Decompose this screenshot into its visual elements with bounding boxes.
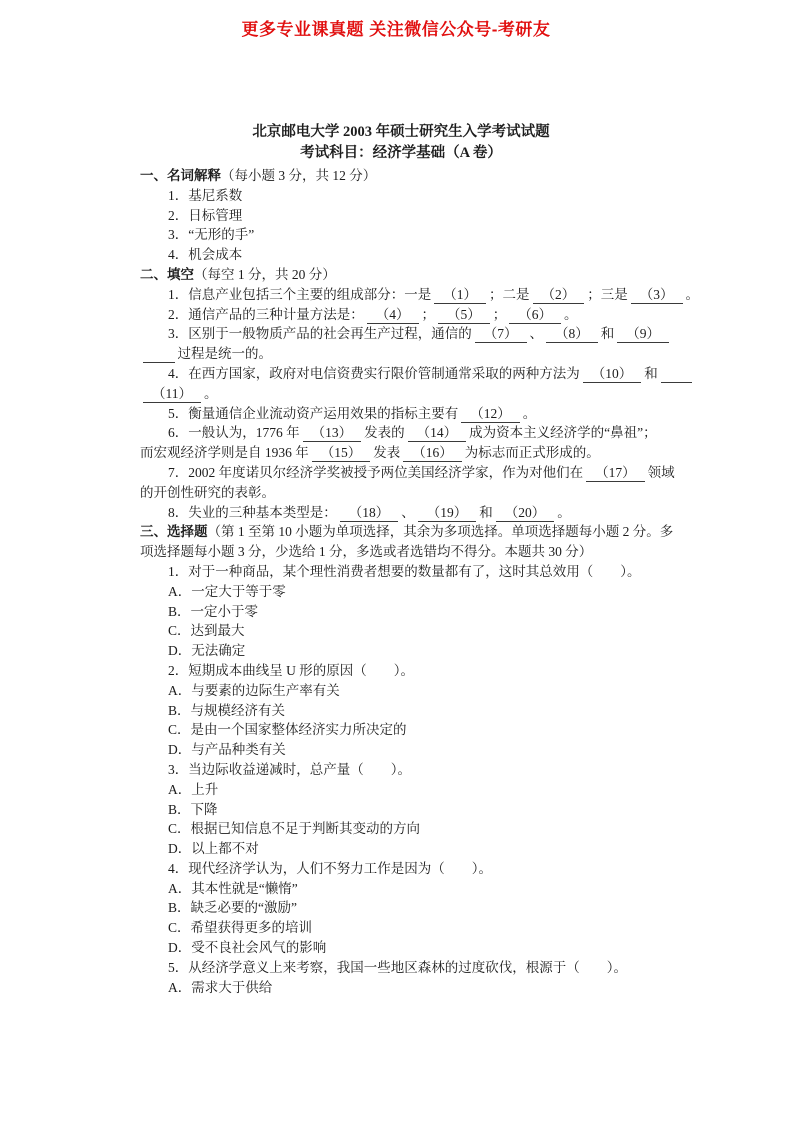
text-segment: 项选择题每小题 3 分，少选给 1 分，多选或者选错均不得分。本题共 30 分） bbox=[140, 544, 592, 559]
text-segment: 4．现代经济学认为，人们不努力工作是因为（ ）。 bbox=[168, 861, 492, 876]
fill-blank-segment: （15） bbox=[312, 444, 371, 462]
text-segment: 3．当边际收益递减时，总产量（ ）。 bbox=[168, 762, 411, 777]
text-segment: ；二是 bbox=[489, 287, 530, 302]
text-segment: 领域 bbox=[648, 465, 675, 480]
text-segment: B．一定小于零 bbox=[168, 604, 258, 619]
text-segment: D．无法确定 bbox=[168, 643, 245, 658]
doc-line: 4．现代经济学认为，人们不努力工作是因为（ ）。 bbox=[140, 859, 662, 879]
doc-line: C．达到最大 bbox=[140, 621, 662, 641]
text-segment: C．达到最大 bbox=[168, 623, 245, 638]
fill-blank-segment: （10） bbox=[583, 365, 642, 383]
fill-blank-segment: （2） bbox=[533, 286, 585, 304]
text-segment: 成为资本主义经济学的“鼻祖”； bbox=[469, 425, 656, 440]
exam-title: 北京邮电大学 2003 年硕士研究生入学考试试题 bbox=[140, 122, 662, 143]
text-segment: 4．机会成本 bbox=[168, 247, 242, 262]
doc-line: A．其本性就是“懒惰” bbox=[140, 879, 662, 899]
doc-line: C．根据已知信息不足于判断其变动的方向 bbox=[140, 819, 662, 839]
fill-blank-segment: （11） bbox=[143, 385, 201, 403]
fill-blank-segment: （19） bbox=[418, 504, 477, 522]
doc-line: 4．在西方国家，政府对电信资费实行限价管制通常采取的两种方法为（10）和 bbox=[140, 364, 662, 384]
doc-line: D．受不良社会风气的影响 bbox=[140, 938, 662, 958]
doc-line: D．无法确定 bbox=[140, 641, 662, 661]
doc-line: D．以上都不对 bbox=[140, 839, 662, 859]
doc-line: B．一定小于零 bbox=[140, 602, 662, 622]
exam-subject-subtitle: 考试科目：经济学基础（A 卷） bbox=[140, 143, 662, 164]
text-segment: C．希望获得更多的培训 bbox=[168, 920, 312, 935]
doc-line: 7．2002 年度诺贝尔经济学奖被授予两位美国经济学家，作为对他们在（17）领域 bbox=[140, 463, 662, 483]
fill-blank-segment: （17） bbox=[586, 464, 645, 482]
text-segment: 8．失业的三种基本类型是： bbox=[168, 505, 337, 520]
text-segment: 1．信息产业包括三个主要的组成部分：一是 bbox=[168, 287, 431, 302]
fill-blank-segment: （3） bbox=[631, 286, 683, 304]
text-segment: A．上升 bbox=[168, 782, 218, 797]
fill-blank-segment bbox=[661, 365, 693, 383]
text-segment: 的开创性研究的表彰。 bbox=[140, 485, 275, 500]
doc-line: 3．当边际收益递减时，总产量（ ）。 bbox=[140, 760, 662, 780]
text-segment: D．与产品种类有关 bbox=[168, 742, 286, 757]
fill-blank-segment: （9） bbox=[617, 325, 669, 343]
doc-line: 一、名词解释（每小题 3 分，共 12 分） bbox=[140, 166, 662, 186]
text-segment: B．与规模经济有关 bbox=[168, 703, 285, 718]
text-segment: ； bbox=[422, 307, 436, 322]
fill-blank-segment: （8） bbox=[546, 325, 598, 343]
doc-line: 三、选择题（第 1 至第 10 小题为单项选择，其余为多项选择。单项选择题每小题… bbox=[140, 522, 662, 542]
text-segment: 、 bbox=[401, 505, 415, 520]
text-segment: 1．基尼系数 bbox=[168, 188, 242, 203]
doc-line: 6．一般认为，1776 年（13）发表的（14）成为资本主义经济学的“鼻祖”； bbox=[140, 423, 662, 443]
text-segment: 4．在西方国家，政府对电信资费实行限价管制通常采取的两种方法为 bbox=[168, 366, 580, 381]
fill-blank-segment: （16） bbox=[403, 444, 462, 462]
text-segment: 5．衡量通信企业流动资产运用效果的指标主要有 bbox=[168, 406, 458, 421]
text-segment: （第 1 至第 10 小题为单项选择，其余为多项选择。单项选择题每小题 2 分。… bbox=[208, 524, 674, 539]
fill-blank-segment: （7） bbox=[475, 325, 527, 343]
doc-line: A．一定大于等于零 bbox=[140, 582, 662, 602]
text-segment: ； bbox=[493, 307, 507, 322]
doc-line: A．上升 bbox=[140, 780, 662, 800]
text-segment: 而宏观经济学则是自 1936 年 bbox=[140, 445, 309, 460]
text-segment: 。 bbox=[557, 505, 571, 520]
text-segment: 发表的 bbox=[364, 425, 405, 440]
text-segment: 和 bbox=[644, 366, 658, 381]
doc-line: 4．机会成本 bbox=[140, 245, 662, 265]
fill-blank-segment: （4） bbox=[367, 306, 419, 324]
text-segment: 、 bbox=[530, 326, 544, 341]
doc-line: 而宏观经济学则是自 1936 年（15）发表（16）为标志而正式形成的。 bbox=[140, 443, 662, 463]
doc-line: 1．对于一种商品，某个理性消费者想要的数量都有了，这时其总效用（ ）。 bbox=[140, 562, 662, 582]
doc-line: B．与规模经济有关 bbox=[140, 701, 662, 721]
doc-line: 二、填空（每空 1 分，共 20 分） bbox=[140, 265, 662, 285]
doc-line: B．下降 bbox=[140, 800, 662, 820]
exam-page: 北京邮电大学 2003 年硕士研究生入学考试试题 考试科目：经济学基础（A 卷）… bbox=[140, 122, 662, 997]
doc-line: 1．基尼系数 bbox=[140, 186, 662, 206]
fill-blank-segment: （6） bbox=[509, 306, 561, 324]
doc-line: 3．区别于一般物质产品的社会再生产过程，通信的（7）、（8）和（9） bbox=[140, 324, 662, 344]
text-segment: 2．短期成本曲线呈 U 形的原因（ ）。 bbox=[168, 663, 414, 678]
text-segment: 3．“无形的手” bbox=[168, 227, 254, 242]
doc-line: 项选择题每小题 3 分，少选给 1 分，多选或者选错均不得分。本题共 30 分） bbox=[140, 542, 662, 562]
doc-line: 2．短期成本曲线呈 U 形的原因（ ）。 bbox=[140, 661, 662, 681]
text-segment: 3．区别于一般物质产品的社会再生产过程，通信的 bbox=[168, 326, 472, 341]
text-segment: （每空 1 分，共 20 分） bbox=[194, 267, 336, 282]
fill-blank-segment: （1） bbox=[434, 286, 486, 304]
doc-line: A．与要素的边际生产率有关 bbox=[140, 681, 662, 701]
fill-blank-segment: （5） bbox=[438, 306, 490, 324]
doc-line: 2．日标管理 bbox=[140, 206, 662, 226]
text-segment: B．下降 bbox=[168, 802, 218, 817]
doc-line: C．希望获得更多的培训 bbox=[140, 918, 662, 938]
fill-blank-segment: （20） bbox=[496, 504, 555, 522]
doc-line: 的开创性研究的表彰。 bbox=[140, 483, 662, 503]
doc-line: D．与产品种类有关 bbox=[140, 740, 662, 760]
text-segment: A．一定大于等于零 bbox=[168, 584, 286, 599]
text-segment: 二、填空 bbox=[140, 267, 194, 282]
text-segment: A．其本性就是“懒惰” bbox=[168, 881, 298, 896]
text-segment: 5．从经济学意义上来考察，我国一些地区森林的过度砍伐，根源于（ ）。 bbox=[168, 960, 627, 975]
fill-blank-segment: （18） bbox=[340, 504, 399, 522]
text-segment: 。 bbox=[204, 386, 218, 401]
fill-blank-segment: （14） bbox=[408, 424, 467, 442]
text-segment: 过程是统一的。 bbox=[178, 346, 273, 361]
doc-line: 3．“无形的手” bbox=[140, 225, 662, 245]
doc-line: 8．失业的三种基本类型是：（18）、（19）和（20）。 bbox=[140, 503, 662, 523]
text-segment: A．需求大于供给 bbox=[168, 980, 272, 995]
text-segment: 一、名词解释 bbox=[140, 168, 221, 183]
text-segment: 发表 bbox=[373, 445, 400, 460]
fill-blank-segment: （12） bbox=[461, 405, 520, 423]
fill-blank-segment bbox=[143, 345, 175, 363]
text-segment: C．根据已知信息不足于判断其变动的方向 bbox=[168, 821, 420, 836]
text-segment: A．与要素的边际生产率有关 bbox=[168, 683, 340, 698]
text-segment: 2．通信产品的三种计量方法是： bbox=[168, 307, 364, 322]
doc-line: 5．从经济学意义上来考察，我国一些地区森林的过度砍伐，根源于（ ）。 bbox=[140, 958, 662, 978]
text-segment: 7．2002 年度诺贝尔经济学奖被授予两位美国经济学家，作为对他们在 bbox=[168, 465, 583, 480]
doc-line: （11）。 bbox=[140, 384, 662, 404]
text-segment: 和 bbox=[479, 505, 493, 520]
doc-line: 5．衡量通信企业流动资产运用效果的指标主要有（12）。 bbox=[140, 404, 662, 424]
text-segment: B．缺乏必要的“激励” bbox=[168, 900, 297, 915]
text-segment: 为标志而正式形成的。 bbox=[465, 445, 600, 460]
doc-body: 一、名词解释（每小题 3 分，共 12 分）1．基尼系数2．日标管理3．“无形的… bbox=[140, 166, 662, 997]
fill-blank-segment: （13） bbox=[303, 424, 362, 442]
doc-line: B．缺乏必要的“激励” bbox=[140, 898, 662, 918]
text-segment: ；三是 bbox=[587, 287, 628, 302]
text-segment: D．受不良社会风气的影响 bbox=[168, 940, 326, 955]
text-segment: 和 bbox=[601, 326, 615, 341]
text-segment: 2．日标管理 bbox=[168, 208, 242, 223]
doc-line: 过程是统一的。 bbox=[140, 344, 662, 364]
text-segment: 1．对于一种商品，某个理性消费者想要的数量都有了，这时其总效用（ ）。 bbox=[168, 564, 641, 579]
text-segment: 。 bbox=[686, 287, 700, 302]
doc-line: 2．通信产品的三种计量方法是：（4）；（5）；（6）。 bbox=[140, 305, 662, 325]
promo-notice-banner: 更多专业课真题 关注微信公众号-考研友 bbox=[0, 15, 792, 40]
text-segment: 三、选择题 bbox=[140, 524, 208, 539]
text-segment: （每小题 3 分，共 12 分） bbox=[221, 168, 376, 183]
doc-line: 1．信息产业包括三个主要的组成部分：一是（1）；二是（2）；三是（3）。 bbox=[140, 285, 662, 305]
doc-line: C．是由一个国家整体经济实力所决定的 bbox=[140, 720, 662, 740]
text-segment: 。 bbox=[523, 406, 537, 421]
text-segment: D．以上都不对 bbox=[168, 841, 259, 856]
text-segment: 6．一般认为，1776 年 bbox=[168, 425, 300, 440]
doc-line: A．需求大于供给 bbox=[140, 978, 662, 998]
text-segment: C．是由一个国家整体经济实力所决定的 bbox=[168, 722, 407, 737]
text-segment: 。 bbox=[564, 307, 578, 322]
